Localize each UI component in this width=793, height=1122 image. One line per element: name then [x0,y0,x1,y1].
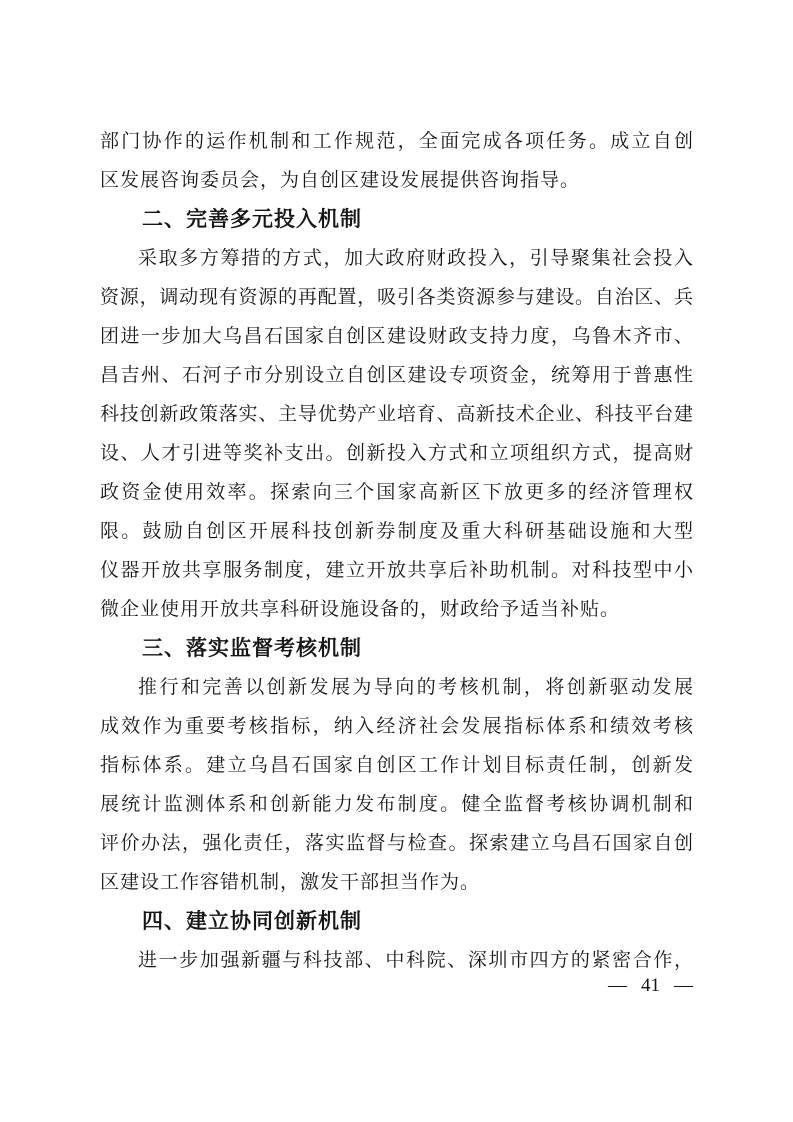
document-body: 部门协作的运作机制和工作规范，全面完成各项任务。成立自创区发展咨询委员会，为自创… [100,122,693,980]
text-line: 评价办法，强化责任，落实监督与检查。探索建立乌昌石国家自创 [100,824,693,863]
document-page: 部门协作的运作机制和工作规范，全面完成各项任务。成立自创区发展咨询委员会，为自创… [0,0,793,1122]
page-number-dash-left: — [608,972,627,1000]
text-line: 展统计监测体系和创新能力发布制度。健全监督考核协调机制和 [100,785,693,824]
text-line: 采取多方筹措的方式，加大政府财政投入，引导聚集社会投入 [100,239,693,278]
text-line: 仪器开放共享服务制度，建立开放共享后补助机制。对科技型中小 [100,551,693,590]
page-number-dash-right: — [674,972,693,1000]
text-line: 微企业使用开放共享科研设施设备的，财政给予适当补贴。 [100,590,693,629]
text-line: 推行和完善以创新发展为导向的考核机制，将创新驱动发展 [100,668,693,707]
text-line: 区建设工作容错机制，激发干部担当作为。 [100,863,693,902]
text-line: 设、人才引进等奖补支出。创新投入方式和立项组织方式，提高财 [100,434,693,473]
text-line: 科技创新政策落实、主导优势产业培育、高新技术企业、科技平台建 [100,395,693,434]
text-line: 政资金使用效率。探索向三个国家高新区下放更多的经济管理权 [100,473,693,512]
text-line: 限。鼓励自创区开展科技创新券制度及重大科研基础设施和大型 [100,512,693,551]
text-line: 团进一步加大乌昌石国家自创区建设财政支持力度，乌鲁木齐市、 [100,317,693,356]
text-line: 部门协作的运作机制和工作规范，全面完成各项任务。成立自创 [100,122,693,161]
text-line: 资源，调动现有资源的再配置，吸引各类资源参与建设。自治区、兵 [100,278,693,317]
section-heading: 三、落实监督考核机制 [100,629,693,668]
text-line: 指标体系。建立乌昌石国家自创区工作计划目标责任制，创新发 [100,746,693,785]
page-footer: —41— [100,972,693,1000]
section-heading: 四、建立协同创新机制 [100,902,693,941]
text-line: 昌吉州、石河子市分别设立自创区建设专项资金，统筹用于普惠性 [100,356,693,395]
text-line: 成效作为重要考核指标，纳入经济社会发展指标体系和绩效考核 [100,707,693,746]
section-heading: 二、完善多元投入机制 [100,200,693,239]
text-line: 区发展咨询委员会，为自创区建设发展提供咨询指导。 [100,161,693,200]
page-number-value: 41 [641,972,660,1000]
